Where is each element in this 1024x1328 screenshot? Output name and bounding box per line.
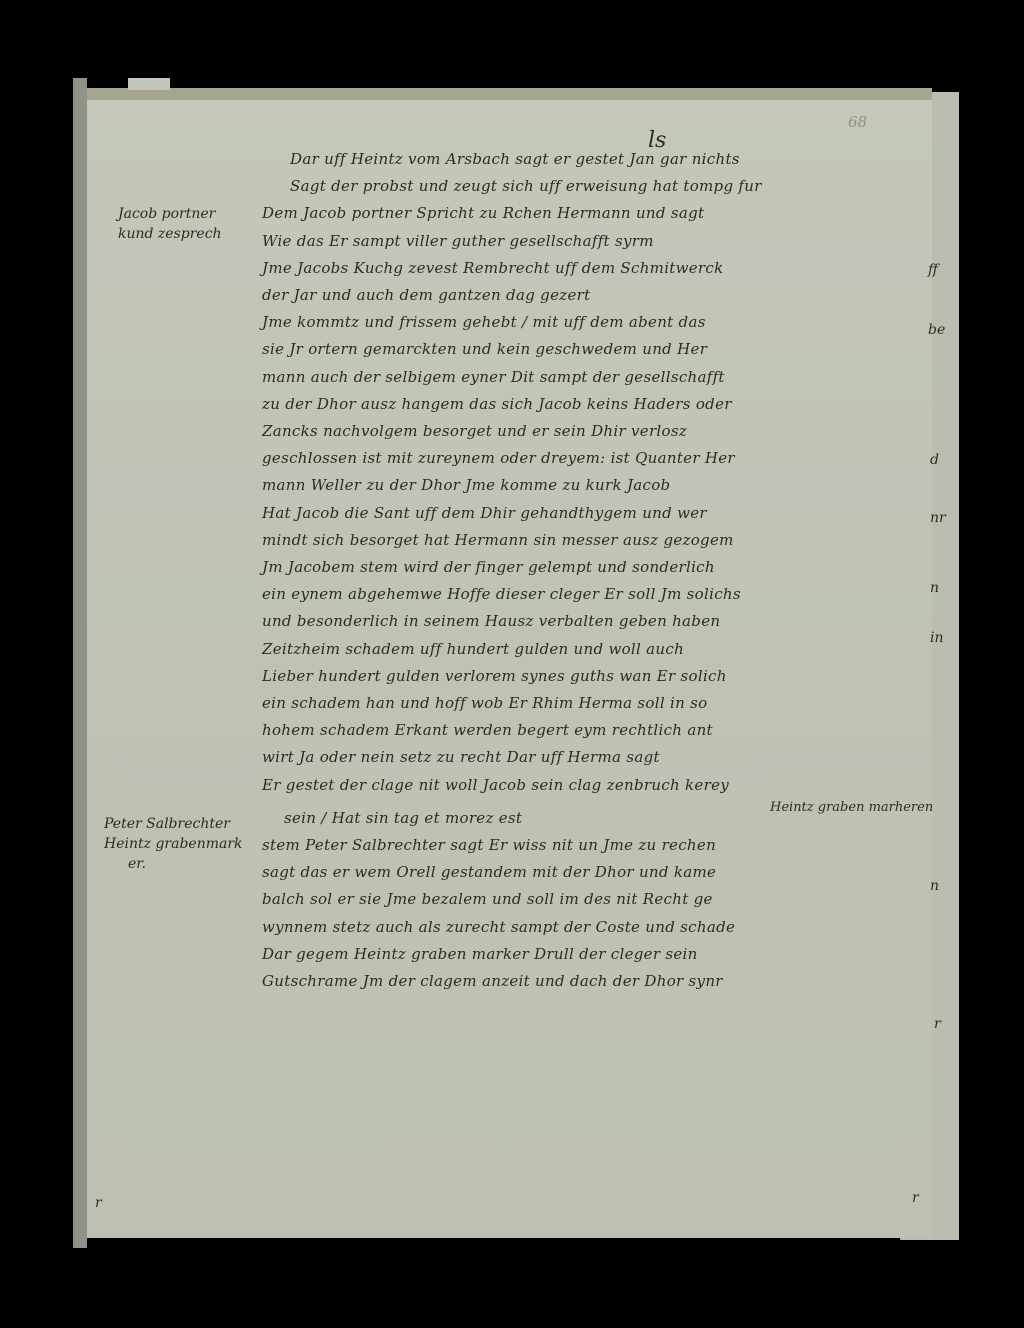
edge-fragment: r [934,1016,941,1032]
edge-fragment: d [930,452,939,468]
manuscript-line: Sagt der probst und zeugt sich uff erwei… [290,177,762,195]
manuscript-line: mindt sich besorget hat Hermann sin mess… [262,531,734,549]
inline-note: Heintz graben marheren [770,800,933,815]
manuscript-line: sein / Hat sin tag et morez est [284,809,522,827]
margin-note-1-line-1: Jacob portner [118,206,215,222]
margin-note-2-line-3: er. [128,856,146,872]
book-spine [73,78,87,1248]
manuscript-line: balch sol er sie Jme bezalem und soll im… [262,890,713,908]
manuscript-line: Jme kommtz und frissem gehebt / mit uff … [262,313,706,331]
manuscript-line: stem Peter Salbrechter sagt Er wiss nit … [262,836,716,854]
manuscript-line: Wie das Er sampt viller guther gesellsch… [262,232,654,250]
manuscript-line: ein eynem abgehemwe Hoffe dieser cleger … [262,585,741,603]
manuscript-line: Gutschrame Jm der clagem anzeit und dach… [262,972,723,990]
margin-note-2-line-2: Heintz grabenmark [104,836,243,852]
manuscript-line: der Jar und auch dem gantzen dag gezert [262,286,590,304]
manuscript-line: hohem schadem Erkant werden begert eym r… [262,721,713,739]
manuscript-line: Zeitzheim schadem uff hundert gulden und… [262,640,684,658]
edge-fragment: ff [928,262,938,278]
manuscript-line: Er gestet der clage nit woll Jacob sein … [262,776,729,794]
manuscript-line: wynnem stetz auch als zurecht sampt der … [262,918,735,936]
bottom-mark: r [95,1195,102,1211]
paper-tab [128,78,170,90]
manuscript-line: und besonderlich in seinem Hausz verbalt… [262,612,720,630]
manuscript-line: Hat Jacob die Sant uff dem Dhir gehandth… [262,504,707,522]
manuscript-line: geschlossen ist mit zureynem oder dreyem… [262,449,735,467]
manuscript-line: Dar uff Heintz vom Arsbach sagt er geste… [290,150,740,168]
manuscript-line: Zancks nachvolgem besorget und er sein D… [262,422,687,440]
edge-fragment: be [928,322,945,338]
manuscript-line: mann auch der selbigem eyner Dit sampt d… [262,368,725,386]
manuscript-line: zu der Dhor ausz hangem das sich Jacob k… [262,395,732,413]
bottom-mark: r [912,1190,919,1206]
manuscript-line: Dem Jacob portner Spricht zu Rchen Herma… [262,204,704,222]
edge-fragment: in [930,630,944,646]
manuscript-line: sagt das er wem Orell gestandem mit der … [262,863,716,881]
manuscript-line: Jme Jacobs Kuchg zevest Rembrecht uff de… [262,259,724,277]
manuscript-line: Lieber hundert gulden verlorem synes gut… [262,667,727,685]
margin-note-2-line-1: Peter Salbrechter [104,816,230,832]
edge-fragment: n [930,878,939,894]
folio-number: 68 [848,113,867,131]
manuscript-line: sie Jr ortern gemarckten und kein geschw… [262,340,707,358]
manuscript-line: wirt Ja oder nein setz zu recht Dar uff … [262,748,660,766]
manuscript-line: mann Weller zu der Dhor Jme komme zu kur… [262,476,670,494]
margin-note-1-line-2: kund zesprech [118,226,222,242]
page-top-edge [87,88,932,100]
manuscript-line: ein schadem han und hoff wob Er Rhim Her… [262,694,707,712]
manuscript-line: Dar gegem Heintz graben marker Drull der… [262,945,698,963]
edge-fragment: n [930,580,939,596]
edge-fragment: nr [930,510,946,526]
manuscript-line: Jm Jacobem stem wird der finger gelempt … [262,558,715,576]
